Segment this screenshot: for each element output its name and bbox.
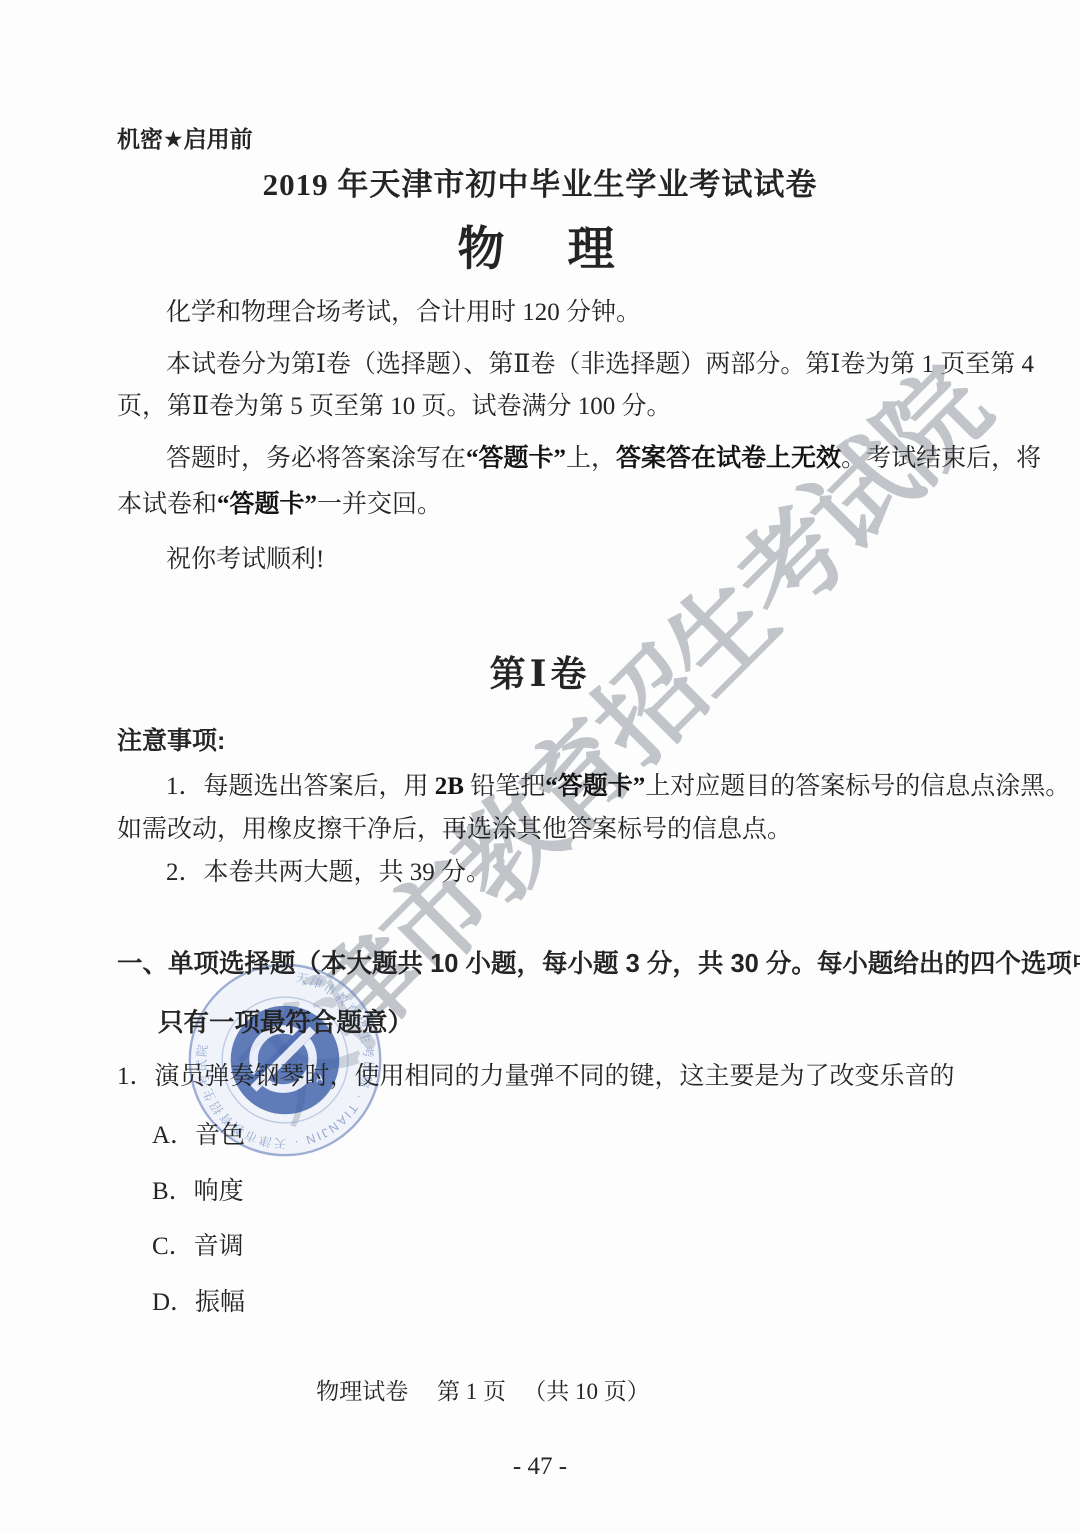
question-1-stem: 1．演员弹奏钢琴时，使用相同的力量弹不同的键，这主要是为了改变乐音的 [117,1062,955,1092]
part-1-heading-line-2: 只有一项最符合题意） [158,1008,413,1039]
good-luck-line: 祝你考试顺利! [166,545,324,575]
note-2: 2．本卷共两大题，共 39 分。 [166,858,491,888]
text-segment: 上， [566,445,616,472]
question-1-option-d: D．振幅 [152,1288,245,1318]
question-1-option-b: B．响度 [152,1177,244,1207]
text-segment: 铅笔把 [464,773,545,800]
intro-paragraph-3-line-2: 本试卷和“答题卡”一并交回。 [117,490,442,520]
notes-title: 注意事项: [117,726,225,756]
question-1-option-a: A．音色 [152,1121,245,1151]
classification-label: 机密★启用前 [117,126,253,154]
text-segment: 1．每题选出答案后，用 [166,773,435,800]
page-number: - 47 - [0,1452,1080,1482]
intro-paragraph-3-line-1: 答题时，务必将答案涂写在“答题卡”上，答案答在试卷上无效。考试结束后，将 [166,444,1041,474]
bold-invalid-warning: 答案答在试卷上无效 [616,445,841,472]
subject-title: 物 理 [0,222,1080,278]
bold-2b-pencil: 2B [435,773,464,800]
text-segment: 一并交回。 [317,491,442,518]
note-1-line-1: 1．每题选出答案后，用 2B 铅笔把“答题卡”上对应题目的答案标号的信息点涂黑。 [166,772,1070,802]
text-segment: 本试卷和 [117,491,217,518]
bold-answer-card: “答题卡” [466,445,566,472]
volume-1-heading: 第Ⅰ卷 [0,653,1080,696]
question-1-option-c: C．音调 [152,1232,244,1262]
text-segment: 答题时，务必将答案涂写在 [166,445,466,472]
note-1-line-2: 如需改动，用橡皮擦干净后，再选涂其他答案标号的信息点。 [117,815,792,845]
footer-page-info: 物理试卷 第 1 页 （共 10 页） [0,1378,966,1406]
part-1-heading-line-1: 一、单项选择题（本大题共 10 小题，每小题 3 分，共 30 分。每小题给出的… [117,949,1080,980]
intro-paragraph-1: 化学和物理合场考试，合计用时 120 分钟。 [166,298,641,328]
intro-paragraph-2-line-2: 页，第Ⅱ卷为第 5 页至第 10 页。试卷满分 100 分。 [117,392,672,422]
text-segment: 上对应题目的答案标号的信息点涂黑。 [645,773,1070,800]
bold-answer-card: “答题卡” [545,773,645,800]
intro-paragraph-2-line-1: 本试卷分为第Ⅰ卷（选择题）、第Ⅱ卷（非选择题）两部分。第Ⅰ卷为第 1 页至第 4 [166,350,1034,380]
exam-paper-page: 天津市教育招生考试院 天津市教育招生考试院 · TIANJIN · 天津市教育招… [0,0,1080,1534]
text-segment: 。考试结束后，将 [841,445,1041,472]
exam-title: 2019 年天津市初中毕业生学业考试试卷 [0,166,1080,203]
bold-answer-card: “答题卡” [217,491,317,518]
